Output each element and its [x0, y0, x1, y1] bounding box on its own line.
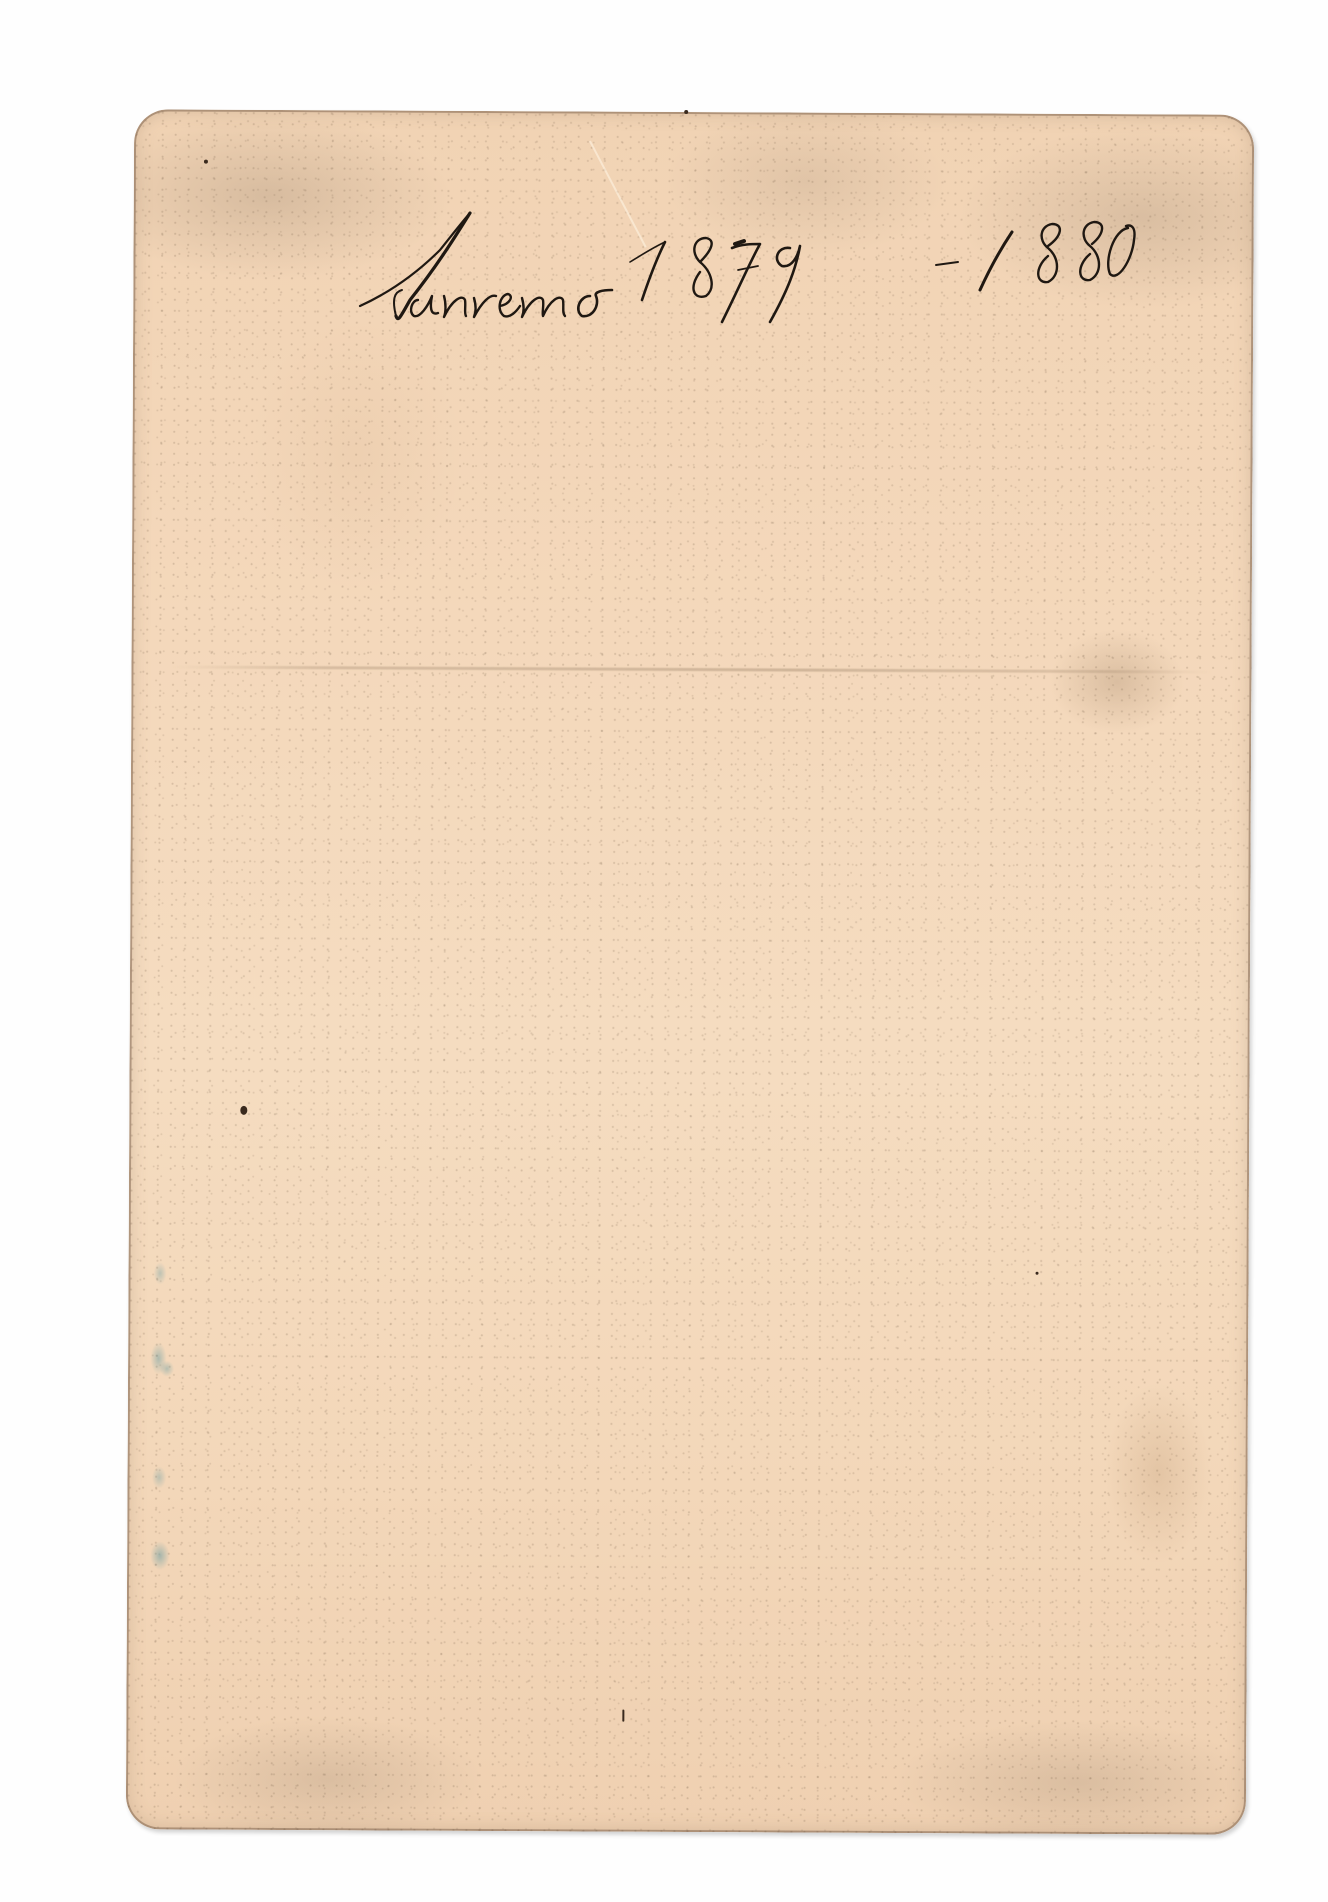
paper-texture: [126, 109, 1254, 1834]
paper-crease: [589, 141, 647, 248]
ink-speck: [684, 110, 688, 114]
faded-blue-stamp: [149, 1239, 175, 1579]
ink-speck: [1036, 1272, 1039, 1275]
ink-speck: [622, 1710, 624, 1722]
ink-spot: [240, 1106, 247, 1115]
fold-line: [171, 665, 1211, 673]
ink-speck: [204, 160, 208, 164]
cabinet-card-back: [126, 109, 1254, 1834]
